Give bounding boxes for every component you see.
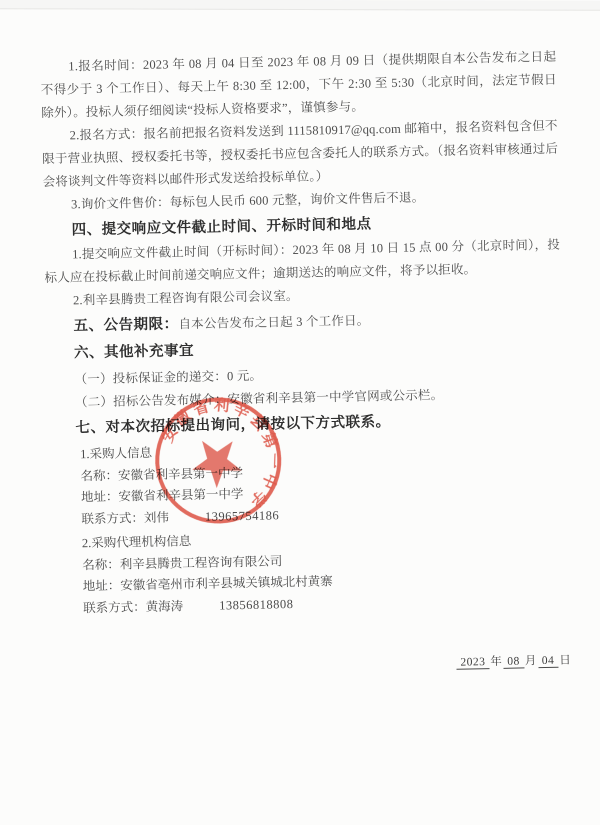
heading-section-5-label: 五、公告期限： bbox=[73, 316, 178, 334]
signature-date: 2023年08月04日 bbox=[456, 651, 572, 669]
date-year-unit: 年 bbox=[489, 656, 503, 668]
document-body: 1.报名时间：2023 年 08 月 04 日至 2023 年 08 月 09 … bbox=[40, 40, 567, 620]
date-day-unit: 日 bbox=[558, 654, 572, 666]
paragraph-registration-time: 1.报名时间：2023 年 08 月 04 日至 2023 年 08 月 09 … bbox=[40, 46, 557, 125]
scanned-page: 1.报名时间：2023 年 08 月 04 日至 2023 年 08 月 09 … bbox=[0, 0, 600, 825]
purchaser-contact-name: 联系方式：刘伟 bbox=[81, 510, 169, 526]
date-day: 04 bbox=[538, 655, 559, 668]
purchaser-contact-phone: 13965754186 bbox=[205, 508, 280, 523]
agency-contact-name: 联系方式：黄海涛 bbox=[83, 599, 183, 615]
date-month: 08 bbox=[503, 655, 524, 668]
date-month-unit: 月 bbox=[524, 655, 538, 667]
agency-info-block: 2.采购代理机构信息 名称：利辛县腾贵工程咨询有限公司 地址：安徽省亳州市利辛县… bbox=[50, 524, 568, 620]
purchaser-info-block: 1.采购人信息 名称：安徽省利辛县第一中学 地址：安徽省利辛县第一中学 联系方式… bbox=[48, 435, 566, 531]
scan-edge-artifact bbox=[0, 0, 600, 11]
paragraph-registration-method: 2.报名方式：报名前把报名资料发送到 1115810917@qq.com 邮箱中… bbox=[42, 115, 559, 194]
date-year: 2023 bbox=[456, 656, 489, 670]
heading-section-5-text: 自本公告发布之日起 3 个工作日。 bbox=[178, 313, 369, 331]
agency-contact-phone: 13856818808 bbox=[219, 597, 294, 612]
